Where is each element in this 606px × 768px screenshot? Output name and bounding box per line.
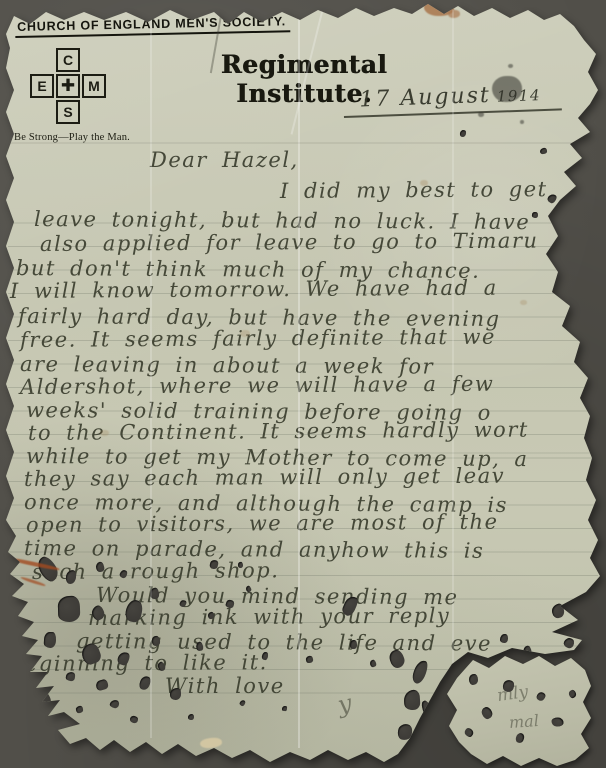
paper-hole: [568, 689, 577, 699]
paper-hole: [514, 732, 525, 744]
paper-hole: [535, 690, 547, 702]
paper-hole: [305, 655, 313, 663]
paper-hole: [75, 705, 83, 713]
photo-background: CHURCH OF ENGLAND MEN'S SOCIETY. C E M S…: [0, 0, 606, 768]
letter-line: I did my best to get: [280, 179, 548, 202]
cems-cross-logo: C E M S ✚: [30, 48, 108, 126]
paper-hole: [369, 659, 377, 668]
letter-line: to the Continent. It seems hardly wort: [28, 420, 529, 444]
letter-line: they say each man will only get leav: [24, 466, 505, 490]
letter-line: open to visitors, we are most of the: [26, 512, 499, 536]
letter-line: Aldershot, where we will have a few: [20, 374, 494, 398]
paper-hole: [551, 603, 566, 619]
crease-line: [452, 10, 454, 730]
logo-letter-e: E: [30, 74, 54, 98]
paper-hole: [282, 706, 287, 711]
date-day-month: 17 August: [359, 83, 491, 113]
signature-fragment: y: [335, 689, 354, 719]
letter-date: 17 August1914: [343, 80, 562, 118]
paper-hole: [551, 717, 563, 726]
paper-hole: [469, 674, 478, 685]
foxing-stain: [520, 300, 527, 305]
paper-hole: [95, 679, 109, 692]
logo-letter-c: C: [56, 48, 80, 72]
letter-line: beginning to like it.: [10, 652, 268, 675]
torn-fragment-wrap: mly mal: [445, 650, 595, 768]
logo-letter-m: M: [82, 74, 106, 98]
cross-icon: ✚: [56, 74, 80, 98]
tape-stain: [448, 10, 461, 19]
paper-hole: [109, 699, 120, 709]
paper-hole: [562, 636, 575, 649]
letterhead-society-name: CHURCH OF ENGLAND MEN'S SOCIETY.: [15, 14, 290, 38]
paper-hole: [480, 706, 494, 721]
paper-hole: [65, 671, 75, 681]
letter-line: also applied for leave to go to Timaru: [40, 231, 539, 255]
tan-chip-stain: [200, 737, 223, 749]
paper-hole: [350, 640, 357, 649]
paper-hole: [188, 714, 194, 720]
tape-stain: [424, 0, 455, 17]
paper-hole: [58, 596, 81, 623]
paper-hole: [500, 634, 508, 643]
letterhead-motto: Be Strong—Play the Man.: [14, 132, 130, 143]
paper-hole: [403, 689, 420, 710]
signature-fragment: mal: [508, 711, 539, 732]
brown-spot-stain: [258, 12, 267, 19]
letter-line: free. It seems fairly definite that we: [20, 327, 496, 351]
paper-hole: [459, 129, 467, 137]
paper-hole: [419, 699, 440, 727]
paper-hole: [138, 675, 153, 692]
salutation: Dear Hazel,: [150, 150, 299, 171]
closing: With love: [165, 676, 285, 697]
date-year: 1914: [490, 86, 541, 106]
paper-hole: [532, 212, 539, 219]
logo-letter-s: S: [56, 100, 80, 124]
letter-line: I will know tomorrow. We have had a: [10, 278, 498, 302]
ink-blot-stain: [508, 64, 513, 68]
paper-hole: [540, 148, 548, 155]
ink-blot-stain: [520, 120, 524, 124]
paper-hole: [463, 726, 475, 738]
torn-paper-fragment: mly mal: [445, 650, 595, 768]
paper-hole: [129, 715, 139, 725]
paper-hole: [44, 632, 57, 649]
paper-hole: [33, 688, 53, 710]
paper-hole: [239, 699, 246, 707]
paper-hole: [397, 723, 414, 741]
paper-hole: [170, 688, 181, 700]
paper-hole: [410, 659, 429, 686]
